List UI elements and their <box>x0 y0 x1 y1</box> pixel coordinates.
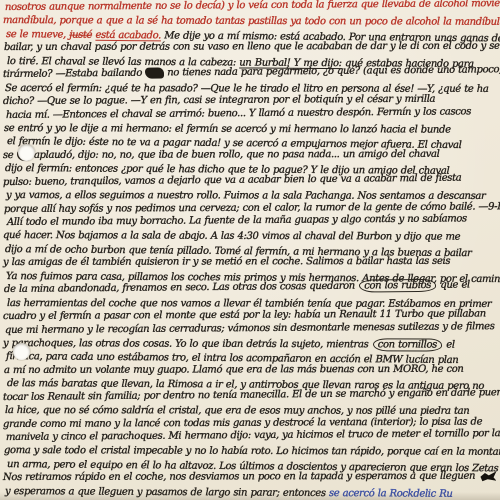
text-run: nosotros aunque normalmente no se lo dec… <box>5 0 500 13</box>
text-run: está acabado. <box>95 30 161 42</box>
manuscript-line: y las amigas de él también quisieron ir … <box>3 255 500 270</box>
manuscript-line: manivela y cinco el parachoques. Mi herm… <box>3 427 500 444</box>
manuscript-line: se xxx aplaudó, dijo: no, no, que iba de… <box>3 148 500 163</box>
punch-hole-bottom <box>13 343 30 360</box>
text-run: bailar, y un chaval pasó por detrás con … <box>4 41 500 53</box>
text-run: mandíbula, porque a que a la sé ha tomad… <box>3 15 500 28</box>
text-run: se acercó la Rockdelic Ru <box>329 488 453 500</box>
text-run: dicho? —Que se lo pague. —Y en fin, casi… <box>3 94 435 107</box>
manuscript-line: y esperamos a que lleguen y pasamos de l… <box>3 485 500 500</box>
text-run: xxxx <box>145 68 164 79</box>
text-run: de la mina abandonada, frenamos en seco.… <box>4 281 358 295</box>
manuscript-line: a mí no admito un volante muy guapo. Lla… <box>3 363 500 378</box>
text-run: a mí no admito un volante muy guapo. Lla… <box>4 364 464 376</box>
text-run: se le mueve, <box>6 29 69 41</box>
text-run: Allí todo el mundo iba muy borracho. La … <box>7 213 467 228</box>
text-run: goma y sale todo el cristal impecable y … <box>4 445 500 458</box>
text-run: manivela y cinco el parachoques. Mi herm… <box>6 428 500 443</box>
handwritten-text: nosotros aunque normalmente no se lo dec… <box>3 1 500 498</box>
manuscript-line: mandíbula, porque a que a la sé ha tomad… <box>3 14 500 29</box>
date-annotation: —9-IV-97 <box>478 201 500 212</box>
circled-phrase: con tornillos <box>373 338 442 351</box>
text-run: que el <box>437 280 470 291</box>
manuscript-line: bailar, y un chaval pasó por detrás con … <box>3 40 500 55</box>
text-run: pulso: bueno, tranquilos, vamos a dejarl… <box>3 172 461 187</box>
text-run: se <box>3 150 17 161</box>
manuscript-line: qué hacer. Nos bajamos a la sala de abaj… <box>3 229 500 244</box>
circled-phrase: con los rubios <box>359 279 436 293</box>
punch-hole-top <box>18 144 35 161</box>
text-run: aplaudó, dijo: no, no, que iba de buen r… <box>31 149 440 161</box>
text-run: y las amigas de él también quisieron ir … <box>3 256 450 268</box>
ink-blot-icon <box>480 472 496 482</box>
text-run: no tienes nada para pegármelo, ¿o qué? (… <box>164 64 500 78</box>
text-run: justé <box>69 29 92 40</box>
text-run: tirármelo? —Estaba bailando <box>3 68 145 80</box>
text-run: que mi hermano y le recogían las cerradu… <box>5 321 495 336</box>
manuscript-line: Allí todo el mundo iba muy borracho. La … <box>3 212 500 229</box>
text-run: el <box>443 339 455 350</box>
manuscript-line: nosotros aunque normalmente no se lo dec… <box>3 0 500 14</box>
text-run: y parachoques, las otras dos cosas. Yo l… <box>3 338 372 350</box>
text-run: y esperamos a que lleguen y pasamos de l… <box>5 486 329 499</box>
text-run: Nos retiramos rápido en el coche, nos de… <box>3 471 478 483</box>
text-run: qué hacer. Nos bajamos a la sala de abaj… <box>3 230 460 243</box>
manuscript-line: Nos retiramos rápido en el coche, nos de… <box>3 470 500 485</box>
text-run: hacia mí. —Entonces el chaval se arrimó:… <box>6 106 471 121</box>
manuscript-line: goma y sale todo el cristal impecable y … <box>3 444 500 459</box>
text-run: se entró y yo le dije a mi hermano: el f… <box>4 123 451 136</box>
manuscript-page: nosotros aunque normalmente no se lo dec… <box>0 0 500 500</box>
